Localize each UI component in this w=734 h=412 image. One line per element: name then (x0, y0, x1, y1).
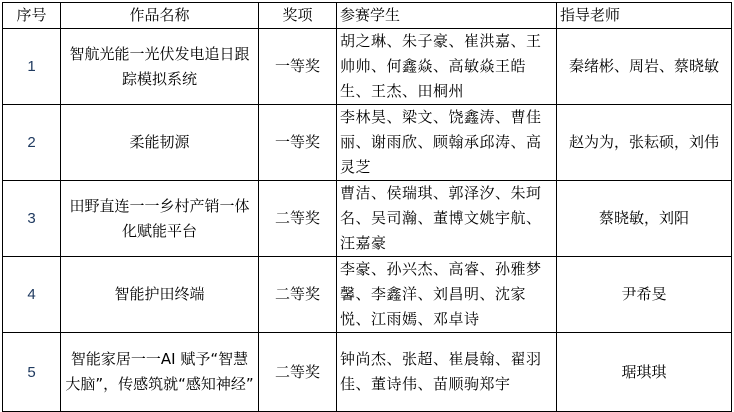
table-row: 4 智能护田终端 二等奖 李豪、孙兴杰、高睿、孙雅梦馨、李鑫洋、刘昌明、沈家悦、… (3, 257, 732, 333)
award-level: 二等奖 (259, 333, 337, 412)
award-level: 一等奖 (259, 105, 337, 181)
project-title: 智能护田终端 (61, 257, 259, 333)
project-title: 智航光能一光伏发电追日跟踪模拟系统 (61, 29, 259, 105)
row-index: 3 (3, 181, 61, 257)
teacher-list: 秦绪彬、周岩、蔡晓敏 (557, 29, 732, 105)
student-list: 胡之琳、朱子豪、崔洪嘉、王帅帅、何鑫焱、高敏焱王皓生、王杰、田桐州 (337, 29, 557, 105)
student-list: 曹洁、侯瑞琪、郭泽汐、朱珂名、吴司瀚、董博文姚宇航、汪嘉豪 (337, 181, 557, 257)
header-title: 作品名称 (61, 3, 259, 29)
header-index: 序号 (3, 3, 61, 29)
project-title: 柔能韧源 (61, 105, 259, 181)
teacher-list: 赵为为，张耘硕，刘伟 (557, 105, 732, 181)
header-teachers: 指导老师 (557, 3, 732, 29)
teacher-list: 蔡晓敏，刘阳 (557, 181, 732, 257)
table-row: 5 智能家居一一AI 赋予“智慧大脑”，传感筑就“感知神经” 二等奖 钟尚杰、张… (3, 333, 732, 412)
teacher-list: 尹希旻 (557, 257, 732, 333)
awards-table: 序号 作品名称 奖项 参赛学生 指导老师 1 智航光能一光伏发电追日跟踪模拟系统… (2, 2, 732, 412)
student-list: 李林昊、梁文、饶鑫涛、曹佳丽、谢雨欣、顾翰承邱涛、高灵芝 (337, 105, 557, 181)
award-level: 一等奖 (259, 29, 337, 105)
award-level: 二等奖 (259, 181, 337, 257)
project-title: 田野直连一一乡村产销一体化赋能平台 (61, 181, 259, 257)
header-award: 奖项 (259, 3, 337, 29)
row-index: 2 (3, 105, 61, 181)
table-row: 3 田野直连一一乡村产销一体化赋能平台 二等奖 曹洁、侯瑞琪、郭泽汐、朱珂名、吴… (3, 181, 732, 257)
student-list: 李豪、孙兴杰、高睿、孙雅梦馨、李鑫洋、刘昌明、沈家悦、江雨嫣、邓卓诗 (337, 257, 557, 333)
header-students: 参赛学生 (337, 3, 557, 29)
row-index: 4 (3, 257, 61, 333)
table-row: 1 智航光能一光伏发电追日跟踪模拟系统 一等奖 胡之琳、朱子豪、崔洪嘉、王帅帅、… (3, 29, 732, 105)
header-row: 序号 作品名称 奖项 参赛学生 指导老师 (3, 3, 732, 29)
table-row: 2 柔能韧源 一等奖 李林昊、梁文、饶鑫涛、曹佳丽、谢雨欣、顾翰承邱涛、高灵芝 … (3, 105, 732, 181)
teacher-list: 琚琪琪 (557, 333, 732, 412)
student-list: 钟尚杰、张超、崔晨翰、翟羽佳、董诗伟、苗顺驹郑宇 (337, 333, 557, 412)
project-title: 智能家居一一AI 赋予“智慧大脑”，传感筑就“感知神经” (61, 333, 259, 412)
row-index: 1 (3, 29, 61, 105)
award-level: 二等奖 (259, 257, 337, 333)
row-index: 5 (3, 333, 61, 412)
